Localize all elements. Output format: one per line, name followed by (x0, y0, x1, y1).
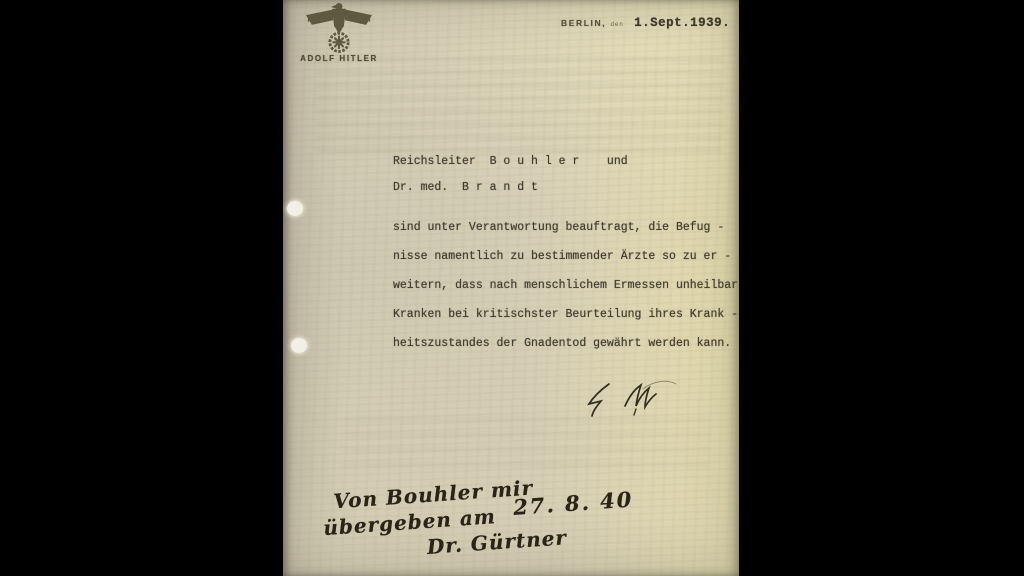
punch-hole-top (287, 201, 303, 216)
body-line: heitszustandes der Gnadentod gewährt wer… (393, 337, 738, 366)
body-line: sind unter Verantwortung beauftragt, die… (393, 221, 738, 250)
dateline: BERLIN, den 1.Sept.1939. (561, 13, 730, 31)
recipient-line-brandt: Dr. med. B r a n d t (393, 181, 628, 207)
eagle-wreath-emblem-icon (303, 2, 375, 54)
typed-date: 1.Sept.1939. (634, 16, 730, 30)
punch-hole-bottom (291, 338, 307, 353)
body-paragraph: sind unter Verantwortung beauftragt, die… (393, 221, 738, 366)
recipients-block: Reichsleiter B o u h l e r und Dr. med. … (393, 155, 628, 207)
letterhead-sender-name: ADOLF HITLER (297, 54, 381, 63)
recipient-line-bouhler: Reichsleiter B o u h l e r und (393, 155, 628, 181)
photo-canvas: ADOLF HITLER BERLIN, den 1.Sept.1939. Re… (0, 0, 1024, 576)
document-paper: ADOLF HITLER BERLIN, den 1.Sept.1939. Re… (283, 0, 739, 576)
place-suffix-label: den (611, 22, 624, 28)
body-line: Kranken bei kritischster Beurteilung ihr… (393, 308, 738, 337)
handwritten-annotation: Von Bouhler mir übergeben am 27. 8. 40 D… (321, 467, 646, 567)
hitler-signature-icon (579, 380, 683, 420)
place-label: BERLIN, (561, 18, 606, 28)
ink-bleedthrough-lower (343, 418, 709, 473)
body-line: weitern, dass nach menschlichem Ermessen… (393, 279, 738, 308)
body-line: nisse namentlich zu bestimmender Ärzte s… (393, 250, 738, 279)
ink-bleedthrough-upper (317, 58, 723, 154)
